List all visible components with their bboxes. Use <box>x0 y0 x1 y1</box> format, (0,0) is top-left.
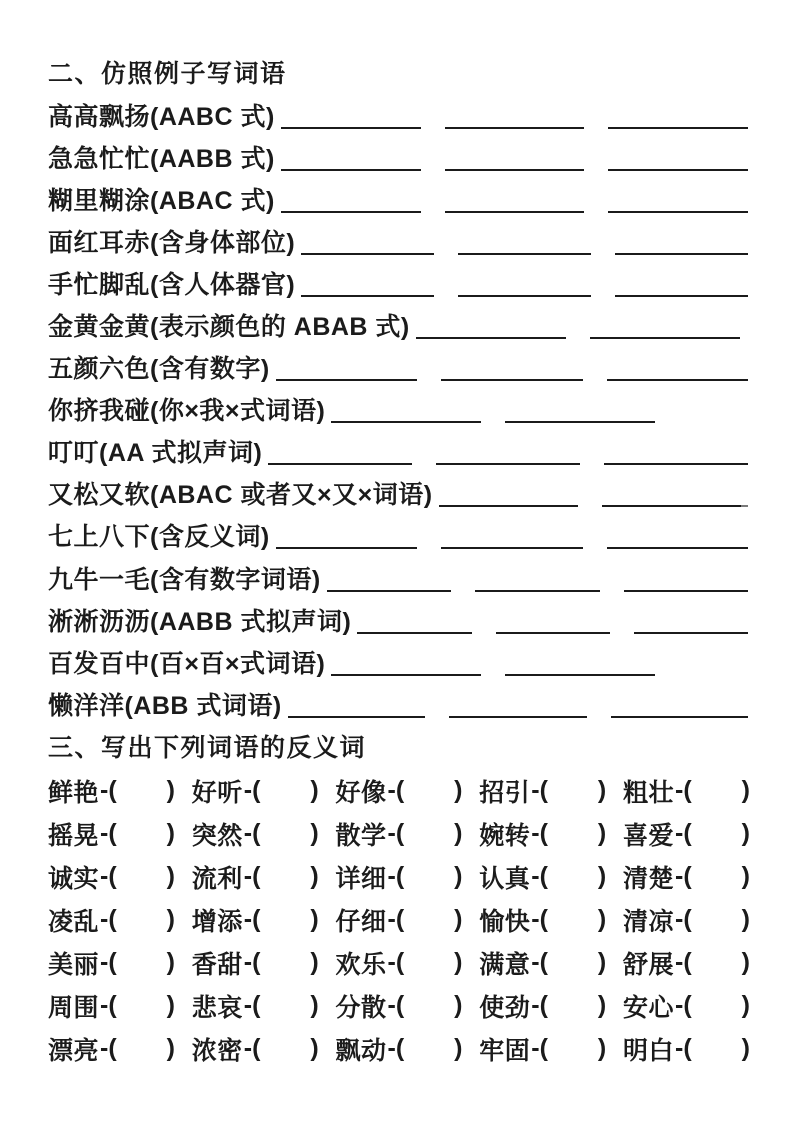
antonym-word: 美丽 <box>48 945 99 981</box>
antonym-item: 喜爱-() <box>623 816 750 852</box>
answer-blank <box>416 337 566 339</box>
antonym-item: 凌乱-() <box>48 902 175 938</box>
answer-blank <box>445 211 585 213</box>
answer-blank <box>281 127 421 129</box>
answer-space <box>260 962 310 963</box>
exercise-prompt: 手忙脚乱(含人体器官) <box>48 264 295 306</box>
answer-space <box>404 876 454 877</box>
dash-open-paren: -( <box>675 991 692 1020</box>
exercise-line: 高高飘扬(AABC 式) <box>48 96 748 138</box>
close-paren: ) <box>310 1034 318 1063</box>
antonym-item: 漂亮-() <box>48 1031 175 1067</box>
antonym-row: 鲜艳-()好听-()好像-()招引-()粗壮-() <box>48 769 750 812</box>
dash-open-paren: -( <box>531 991 548 1020</box>
answer-blank <box>331 421 481 423</box>
answer-blank <box>458 295 591 297</box>
dash-open-paren: -( <box>531 862 548 891</box>
exercise-prompt: 急急忙忙(AABB 式) <box>48 138 275 180</box>
answer-space <box>117 790 167 791</box>
antonym-word: 突然 <box>192 816 243 852</box>
answer-space <box>548 833 598 834</box>
exercise-prompt: 面红耳赤(含身体部位) <box>48 222 295 264</box>
dash-open-paren: -( <box>531 948 548 977</box>
exercise-prompt: 五颜六色(含有数字) <box>48 348 270 390</box>
antonym-word: 清凉 <box>623 902 674 938</box>
close-paren: ) <box>598 905 606 934</box>
close-paren: ) <box>454 819 462 848</box>
antonym-word: 摇晃 <box>48 816 99 852</box>
antonym-word: 飘动 <box>336 1031 387 1067</box>
antonym-item: 流利-() <box>192 859 319 895</box>
antonym-item: 明白-() <box>623 1031 750 1067</box>
antonym-word: 详细 <box>336 859 387 895</box>
antonym-item: 清楚-() <box>623 859 750 895</box>
dash-open-paren: -( <box>244 819 261 848</box>
answer-blank <box>615 295 748 297</box>
answer-blank <box>624 590 748 592</box>
answer-space <box>117 833 167 834</box>
answer-blank <box>611 716 748 718</box>
antonym-word: 分散 <box>336 988 387 1024</box>
antonym-word: 招引 <box>479 773 530 809</box>
answer-blank <box>505 421 655 423</box>
antonym-word: 好像 <box>336 773 387 809</box>
close-paren: ) <box>310 991 318 1020</box>
dash-open-paren: -( <box>388 948 405 977</box>
antonym-item: 好听-() <box>192 773 319 809</box>
antonym-item: 分散-() <box>336 988 463 1024</box>
antonym-word: 安心 <box>623 988 674 1024</box>
answer-space <box>692 833 742 834</box>
exercise-line: 糊里糊涂(ABAC 式) <box>48 180 748 222</box>
dash-open-paren: -( <box>244 776 261 805</box>
answer-blank <box>268 463 412 465</box>
close-paren: ) <box>742 862 750 891</box>
antonym-item: 好像-() <box>336 773 463 809</box>
exercise-prompt: 高高飘扬(AABC 式) <box>48 96 275 138</box>
dash-open-paren: -( <box>531 1034 548 1063</box>
antonym-word: 舒展 <box>623 945 674 981</box>
answer-space <box>117 962 167 963</box>
dash-open-paren: -( <box>388 1034 405 1063</box>
antonym-item: 牢固-() <box>479 1031 606 1067</box>
antonym-item: 鲜艳-() <box>48 773 175 809</box>
antonym-word: 认真 <box>479 859 530 895</box>
section-2-exercise-list: 高高飘扬(AABC 式)急急忙忙(AABB 式)糊里糊涂(ABAC 式)面红耳赤… <box>48 96 748 727</box>
close-paren: ) <box>742 991 750 1020</box>
exercise-line: 急急忙忙(AABB 式) <box>48 138 748 180</box>
antonym-word: 愉快 <box>479 902 530 938</box>
antonym-row: 凌乱-()增添-()仔细-()愉快-()清凉-() <box>48 898 750 941</box>
section-2-title: 二、仿照例子写词语 <box>48 53 748 96</box>
antonym-word: 好听 <box>192 773 243 809</box>
close-paren: ) <box>454 776 462 805</box>
answer-space <box>548 1005 598 1006</box>
answer-space <box>404 962 454 963</box>
answer-space <box>260 790 310 791</box>
answer-blank <box>281 169 421 171</box>
exercise-prompt: 百发百中(百×百×式词语) <box>48 643 325 685</box>
antonym-word: 喜爱 <box>623 816 674 852</box>
dash-open-paren: -( <box>388 862 405 891</box>
answer-blank <box>590 337 740 339</box>
antonym-item: 飘动-() <box>336 1031 463 1067</box>
exercise-line: 懒洋洋(ABB 式词语) <box>48 685 748 727</box>
answer-blank <box>276 379 417 381</box>
dash-open-paren: -( <box>531 905 548 934</box>
answer-space <box>117 876 167 877</box>
answer-blank <box>357 632 471 634</box>
close-paren: ) <box>167 991 175 1020</box>
antonym-item: 诚实-() <box>48 859 175 895</box>
antonym-word: 浓密 <box>192 1031 243 1067</box>
exercise-line: 金黄金黄(表示颜色的 ABAB 式) <box>48 306 748 348</box>
answer-blank <box>276 547 417 549</box>
answer-blank <box>608 169 748 171</box>
antonym-word: 牢固 <box>479 1031 530 1067</box>
exercise-prompt: 叮叮(AA 式拟声词) <box>48 432 262 474</box>
antonym-item: 满意-() <box>479 945 606 981</box>
dash-open-paren: -( <box>531 776 548 805</box>
answer-space <box>404 1005 454 1006</box>
close-paren: ) <box>454 862 462 891</box>
exercise-line: 又松又软(ABAC 或者又×又×词语) <box>48 474 748 516</box>
dash-open-paren: -( <box>244 1034 261 1063</box>
close-paren: ) <box>598 819 606 848</box>
exercise-prompt: 糊里糊涂(ABAC 式) <box>48 180 275 222</box>
section-3-antonym-grid: 鲜艳-()好听-()好像-()招引-()粗壮-()摇晃-()突然-()散学-()… <box>48 769 748 1070</box>
answer-blank <box>436 463 580 465</box>
answer-blank <box>496 632 610 634</box>
dash-open-paren: -( <box>100 819 117 848</box>
dash-open-paren: -( <box>244 991 261 1020</box>
dash-open-paren: -( <box>675 1034 692 1063</box>
antonym-item: 使劲-() <box>479 988 606 1024</box>
answer-space <box>260 919 310 920</box>
close-paren: ) <box>167 948 175 977</box>
antonym-item: 仔细-() <box>336 902 463 938</box>
answer-space <box>692 1005 742 1006</box>
answer-blank <box>441 547 582 549</box>
answer-space <box>260 876 310 877</box>
close-paren: ) <box>167 1034 175 1063</box>
close-paren: ) <box>742 819 750 848</box>
antonym-word: 漂亮 <box>48 1031 99 1067</box>
close-paren: ) <box>598 776 606 805</box>
answer-blank <box>281 211 421 213</box>
antonym-word: 流利 <box>192 859 243 895</box>
antonym-word: 粗壮 <box>623 773 674 809</box>
close-paren: ) <box>742 948 750 977</box>
answer-blank <box>615 253 748 255</box>
antonym-word: 悲哀 <box>192 988 243 1024</box>
close-paren: ) <box>167 776 175 805</box>
answer-blank <box>331 674 481 676</box>
answer-space <box>692 962 742 963</box>
exercise-line: 面红耳赤(含身体部位) <box>48 222 748 264</box>
answer-space <box>548 790 598 791</box>
dash-open-paren: -( <box>100 991 117 1020</box>
exercise-line: 你挤我碰(你×我×式词语) <box>48 390 748 432</box>
dash-open-paren: -( <box>100 776 117 805</box>
dash-open-paren: -( <box>100 905 117 934</box>
close-paren: ) <box>310 905 318 934</box>
answer-space <box>404 919 454 920</box>
dash-open-paren: -( <box>244 905 261 934</box>
antonym-item: 粗壮-() <box>623 773 750 809</box>
answer-blank <box>288 716 425 718</box>
answer-space <box>117 1005 167 1006</box>
exercise-line: 叮叮(AA 式拟声词) <box>48 432 748 474</box>
close-paren: ) <box>310 862 318 891</box>
antonym-item: 招引-() <box>479 773 606 809</box>
exercise-prompt: 淅淅沥沥(AABB 式拟声词) <box>48 601 351 643</box>
answer-blank <box>608 211 748 213</box>
answer-blank <box>634 632 748 634</box>
exercise-line: 百发百中(百×百×式词语) <box>48 643 748 685</box>
close-paren: ) <box>742 776 750 805</box>
answer-blank <box>607 379 748 381</box>
antonym-word: 使劲 <box>479 988 530 1024</box>
antonym-item: 增添-() <box>192 902 319 938</box>
antonym-word: 仔细 <box>336 902 387 938</box>
antonym-item: 悲哀-() <box>192 988 319 1024</box>
dash-open-paren: -( <box>100 862 117 891</box>
answer-blank <box>327 590 451 592</box>
antonym-item: 认真-() <box>479 859 606 895</box>
antonym-item: 香甜-() <box>192 945 319 981</box>
answer-blank <box>608 127 748 129</box>
antonym-row: 摇晃-()突然-()散学-()婉转-()喜爱-() <box>48 812 750 855</box>
antonym-word: 周围 <box>48 988 99 1024</box>
antonym-item: 周围-() <box>48 988 175 1024</box>
dash-open-paren: -( <box>100 948 117 977</box>
close-paren: ) <box>598 948 606 977</box>
antonym-row: 漂亮-()浓密-()飘动-()牢固-()明白-() <box>48 1027 750 1070</box>
antonym-row: 美丽-()香甜-()欢乐-()满意-()舒展-() <box>48 941 750 984</box>
close-paren: ) <box>310 948 318 977</box>
antonym-word: 诚实 <box>48 859 99 895</box>
dash-open-paren: -( <box>388 905 405 934</box>
answer-space <box>692 790 742 791</box>
exercise-prompt: 你挤我碰(你×我×式词语) <box>48 390 325 432</box>
dash-open-paren: -( <box>244 948 261 977</box>
answer-blank <box>445 169 585 171</box>
dash-open-paren: -( <box>675 905 692 934</box>
section-3-title: 三、写出下列词语的反义词 <box>48 727 748 770</box>
answer-blank <box>441 379 582 381</box>
dash-open-paren: -( <box>675 776 692 805</box>
dash-open-paren: -( <box>388 991 405 1020</box>
antonym-item: 舒展-() <box>623 945 750 981</box>
close-paren: ) <box>310 819 318 848</box>
answer-space <box>548 962 598 963</box>
answer-blank <box>458 253 591 255</box>
dash-open-paren: -( <box>531 819 548 848</box>
dash-open-paren: -( <box>675 819 692 848</box>
answer-space <box>260 833 310 834</box>
antonym-item: 摇晃-() <box>48 816 175 852</box>
antonym-word: 满意 <box>479 945 530 981</box>
antonym-word: 香甜 <box>192 945 243 981</box>
answer-space <box>692 919 742 920</box>
answer-blank <box>604 463 748 465</box>
exercise-prompt: 七上八下(含反义词) <box>48 516 270 558</box>
answer-space <box>548 919 598 920</box>
antonym-item: 美丽-() <box>48 945 175 981</box>
exercise-line: 手忙脚乱(含人体器官) <box>48 264 748 306</box>
answer-space <box>404 790 454 791</box>
close-paren: ) <box>167 905 175 934</box>
answer-blank <box>439 505 578 507</box>
dash-open-paren: -( <box>244 862 261 891</box>
exercise-prompt: 九牛一毛(含有数字词语) <box>48 559 321 601</box>
antonym-item: 突然-() <box>192 816 319 852</box>
dash-open-paren: -( <box>388 819 405 848</box>
answer-space <box>548 1048 598 1049</box>
close-paren: ) <box>454 1034 462 1063</box>
dash-open-paren: -( <box>675 862 692 891</box>
antonym-word: 清楚 <box>623 859 674 895</box>
antonym-row: 诚实-()流利-()详细-()认真-()清楚-() <box>48 855 750 898</box>
answer-blank <box>445 127 585 129</box>
exercise-line: 九牛一毛(含有数字词语) <box>48 559 748 601</box>
dash-open-paren: -( <box>100 1034 117 1063</box>
close-paren: ) <box>598 862 606 891</box>
stray-mark <box>741 505 748 507</box>
antonym-item: 愉快-() <box>479 902 606 938</box>
exercise-prompt: 懒洋洋(ABB 式词语) <box>48 685 282 727</box>
exercise-line: 淅淅沥沥(AABB 式拟声词) <box>48 601 748 643</box>
antonym-word: 散学 <box>336 816 387 852</box>
answer-space <box>404 1048 454 1049</box>
answer-space <box>260 1005 310 1006</box>
close-paren: ) <box>598 991 606 1020</box>
antonym-item: 清凉-() <box>623 902 750 938</box>
exercise-prompt: 金黄金黄(表示颜色的 ABAB 式) <box>48 306 410 348</box>
dash-open-paren: -( <box>675 948 692 977</box>
answer-space <box>548 876 598 877</box>
antonym-word: 鲜艳 <box>48 773 99 809</box>
antonym-item: 欢乐-() <box>336 945 463 981</box>
close-paren: ) <box>454 905 462 934</box>
antonym-item: 详细-() <box>336 859 463 895</box>
antonym-item: 婉转-() <box>479 816 606 852</box>
answer-space <box>404 833 454 834</box>
answer-space <box>692 1048 742 1049</box>
antonym-word: 婉转 <box>479 816 530 852</box>
close-paren: ) <box>598 1034 606 1063</box>
answer-space <box>260 1048 310 1049</box>
answer-space <box>692 876 742 877</box>
answer-space <box>117 919 167 920</box>
answer-blank <box>301 295 434 297</box>
antonym-item: 散学-() <box>336 816 463 852</box>
worksheet-page: 二、仿照例子写词语 高高飘扬(AABC 式)急急忙忙(AABB 式)糊里糊涂(A… <box>0 0 793 1122</box>
answer-blank <box>602 505 741 507</box>
exercise-line: 七上八下(含反义词) <box>48 516 748 558</box>
close-paren: ) <box>742 1034 750 1063</box>
antonym-row: 周围-()悲哀-()分散-()使劲-()安心-() <box>48 984 750 1027</box>
antonym-word: 明白 <box>623 1031 674 1067</box>
answer-blank <box>607 547 748 549</box>
answer-space <box>117 1048 167 1049</box>
close-paren: ) <box>167 819 175 848</box>
close-paren: ) <box>742 905 750 934</box>
antonym-word: 欢乐 <box>336 945 387 981</box>
close-paren: ) <box>454 991 462 1020</box>
close-paren: ) <box>310 776 318 805</box>
antonym-word: 增添 <box>192 902 243 938</box>
exercise-line: 五颜六色(含有数字) <box>48 348 748 390</box>
answer-blank <box>301 253 434 255</box>
answer-blank <box>505 674 655 676</box>
close-paren: ) <box>167 862 175 891</box>
close-paren: ) <box>454 948 462 977</box>
answer-blank <box>475 590 599 592</box>
exercise-prompt: 又松又软(ABAC 或者又×又×词语) <box>48 474 433 516</box>
antonym-item: 浓密-() <box>192 1031 319 1067</box>
dash-open-paren: -( <box>388 776 405 805</box>
antonym-item: 安心-() <box>623 988 750 1024</box>
answer-blank <box>449 716 586 718</box>
antonym-word: 凌乱 <box>48 902 99 938</box>
